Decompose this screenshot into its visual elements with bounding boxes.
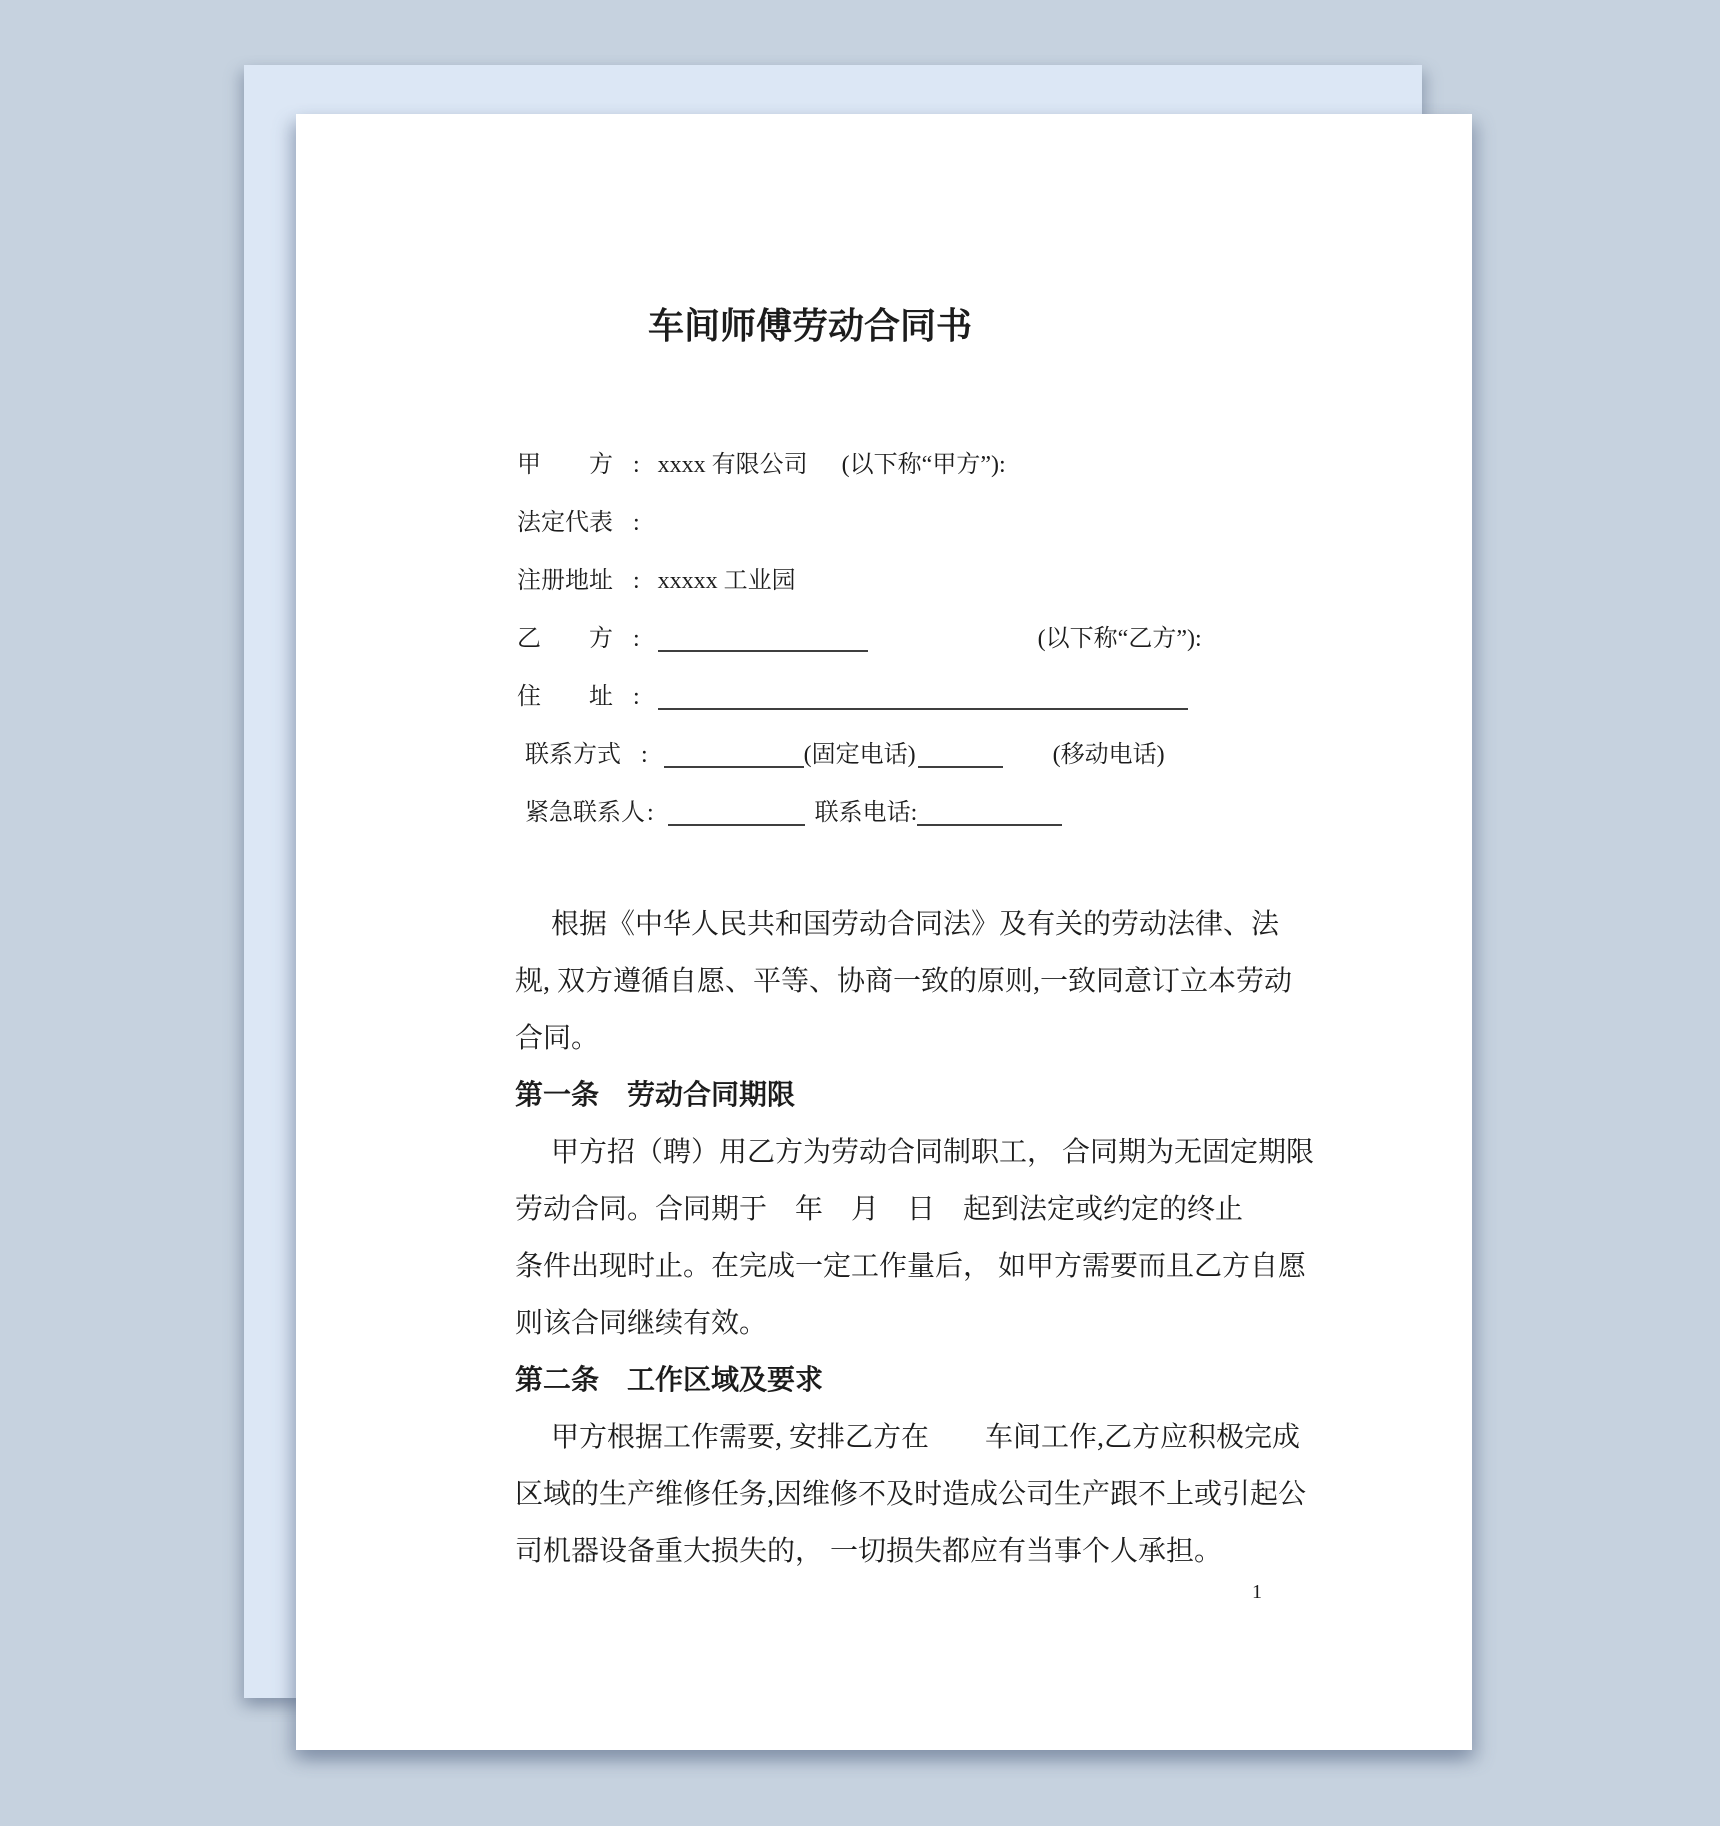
body-line: 甲方招（聘）用乙方为劳动合同制职工， 合同期为无固定期限	[515, 1124, 1375, 1181]
party-row-address: 注册地址:xxxxx 工业园	[517, 552, 1202, 610]
document-page: 车间师傅劳动合同书 甲 方:xxxx 有限公司(以下称“甲方”): 法定代表: …	[296, 114, 1472, 1750]
colon: :	[633, 436, 640, 494]
legal-rep-label: 法定代表	[517, 494, 617, 552]
blank-field	[917, 800, 1062, 826]
party-b-note: (以下称“乙方”):	[1038, 626, 1202, 652]
colon: :	[633, 552, 640, 610]
body-line: 规, 双方遵循自愿、平等、协商一致的原则,一致同意订立本劳动	[515, 953, 1375, 1010]
reg-address-value: xxxxx 工业园	[658, 568, 796, 594]
mobile-phone-caption: (移动电话)	[1053, 742, 1165, 768]
party-b-label: 乙 方	[517, 610, 617, 668]
emergency-phone-caption: 联系电话:	[815, 800, 918, 826]
fixed-phone-caption: (固定电话)	[804, 742, 916, 768]
body-line: 条件出现时止。在完成一定工作量后， 如甲方需要而且乙方自愿	[515, 1238, 1375, 1295]
blank-field	[658, 626, 868, 652]
party-a-value: xxxx 有限公司	[658, 452, 808, 478]
party-row-residence: 住 址:	[517, 668, 1202, 726]
body-line: 甲方根据工作需要, 安排乙方在 车间工作,乙方应积极完成	[515, 1409, 1375, 1466]
contact-label: 联系方式	[525, 726, 625, 784]
party-row-legal-rep: 法定代表:	[517, 494, 1202, 552]
reg-address-label: 注册地址	[517, 552, 617, 610]
party-row-emergency: 紧急联系人:联系电话:	[517, 784, 1202, 842]
blank-field	[668, 800, 805, 826]
colon: :	[647, 784, 654, 842]
colon: :	[633, 668, 640, 726]
colon: :	[633, 610, 640, 668]
clause-2-heading: 第二条 工作区域及要求	[515, 1352, 1375, 1409]
body-line: 劳动合同。合同期于 年 月 日 起到法定或约定的终止	[515, 1181, 1375, 1238]
desktop-background: { "document": { "title": "车间师傅劳动合同书", "p…	[0, 0, 1720, 1826]
clause-1-heading: 第一条 劳动合同期限	[515, 1067, 1375, 1124]
page-number: 1	[1252, 1582, 1262, 1602]
body-line: 区域的生产维修任务,因维修不及时造成公司生产跟不上或引起公	[515, 1466, 1375, 1523]
party-a-label: 甲 方	[517, 436, 617, 494]
party-row-b: 乙 方:(以下称“乙方”):	[517, 610, 1202, 668]
party-a-note: (以下称“甲方”):	[842, 452, 1006, 478]
colon: :	[641, 726, 648, 784]
emergency-contact-label: 紧急联系人	[525, 784, 645, 842]
body-line: 合同。	[515, 1010, 1375, 1067]
body-line: 根据《中华人民共和国劳动合同法》及有关的劳动法律、法	[515, 896, 1375, 953]
party-row-a: 甲 方:xxxx 有限公司(以下称“甲方”):	[517, 436, 1202, 494]
residence-label: 住 址	[517, 668, 617, 726]
blank-field	[918, 742, 1003, 768]
colon: :	[633, 494, 640, 552]
body-line: 则该合同继续有效。	[515, 1295, 1375, 1352]
blank-field	[658, 684, 1188, 710]
contract-body: 根据《中华人民共和国劳动合同法》及有关的劳动法律、法 规, 双方遵循自愿、平等、…	[515, 896, 1375, 1580]
body-line: 司机器设备重大损失的， 一切损失都应有当事个人承担。	[515, 1523, 1375, 1580]
party-info-block: 甲 方:xxxx 有限公司(以下称“甲方”): 法定代表: 注册地址:xxxxx…	[517, 436, 1202, 842]
blank-field	[664, 742, 804, 768]
contract-title: 车间师傅劳动合同书	[648, 298, 972, 349]
party-row-contact: 联系方式:(固定电话)(移动电话)	[517, 726, 1202, 784]
